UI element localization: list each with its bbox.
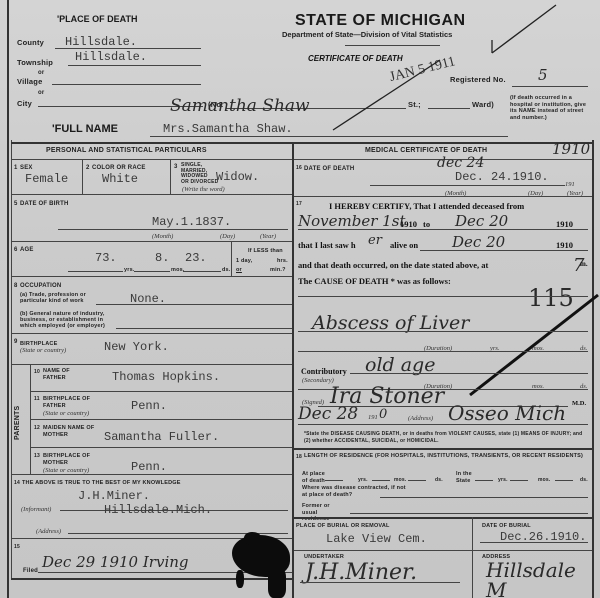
filed-label: Filed [23,567,38,575]
marital-note: (Write the word) [182,186,225,193]
dob-line [58,229,288,230]
row-rule [294,196,592,197]
marital-label: SINGLE, MARRIED, WIDOWED OR DIVORCED [181,163,218,185]
death-certificate-document: 'PLACE OF DEATH STATE OF MICHIGAN Depart… [0,0,600,598]
parents-label: PARENTS [14,406,22,440]
undertaker-address-value: Hillsdale M [486,560,586,598]
father-birthplace-label: BIRTHPLACE OF FATHER [43,396,103,409]
attended-line [298,229,588,230]
medical-section-title: MEDICAL CERTIFICATE OF DEATH [365,147,487,155]
residence-label: LENGTH OF RESIDENCE (FOR HOSPITALS, INST… [304,453,592,460]
last-saw-pronoun: er [368,233,382,248]
age-mos-unit: mos. [171,266,185,274]
field-number-1: 1 [14,164,18,172]
row-rule [294,517,592,519]
color-race-value: White [102,172,138,186]
cause-text: The CAUSE OF DEATH * was as follows: [298,276,451,286]
birthplace-value: New York. [104,340,169,354]
row-rule [294,550,592,551]
row-rule [11,364,292,365]
md-label: M.D. [572,400,586,407]
signed-address-label: (Address) [408,415,433,422]
birthplace-sub: (State or country) [20,347,66,354]
in-state-label: In the State [456,471,481,484]
contributory-line [350,373,588,374]
field-number-15: 15 [14,543,20,551]
occurred-m: m. [580,260,588,268]
father-birthplace-value: Penn. [131,399,167,413]
father-birthplace-sub: (State or country) [43,410,89,417]
field-number-8: 8 [14,282,18,290]
age-or: or [236,266,242,274]
age-less-than: If LESS than [248,247,283,255]
residence-line [372,480,390,481]
last-saw-line [420,250,588,251]
sex-label: SEX [20,164,33,172]
mother-name-value: Samantha Fuller. [104,430,219,444]
age-ds-line [183,271,221,272]
field-number-18: 18 [296,453,302,461]
occupation-label: OCCUPATION [20,282,61,290]
color-divider [170,159,171,194]
row-rule [30,419,292,420]
attended-to: Dec 20 [455,212,508,230]
at-place-yrs: yrs. [358,476,368,484]
signed-address-line [298,424,588,425]
date-of-death-hand: dec 24 [437,155,484,171]
dob-day-label: (Day) [220,233,235,240]
field-number-11: 11 [34,395,40,403]
signed-date: Dec 28 [298,404,358,424]
bottom-rule [11,578,292,580]
dob-value: May.1.1837. [152,215,231,229]
occupation-a-line [96,304,292,305]
personal-section-title: PERSONAL AND STATISTICAL PARTICULARS [46,147,207,155]
filed-value: Dec 29 1910 Irving [42,553,189,571]
secondary-label: (Secondary) [302,377,334,384]
field-number-5: 5 [14,200,18,208]
at-place-ds: ds. [435,476,443,484]
former-residence-label: Former or usual residence [302,503,342,523]
row-rule [11,333,292,334]
marital-value: Widow. [216,170,259,184]
year-corner: 1910 [552,140,590,158]
field-number-6: 6 [14,246,18,254]
field-number-14: 14 [14,479,20,487]
section-top-rule [11,142,594,144]
certify-text: I HEREBY CERTIFY, That I attended deceas… [329,201,524,211]
cause-line [298,331,588,332]
residence-line [555,480,573,481]
sex-value: Female [25,172,68,186]
ink-blot [244,532,262,546]
mother-birthplace-sub: (State or country) [43,467,89,474]
signed-year-prefix: 191 [368,414,378,421]
undertaker-line [300,582,460,583]
at-place-mos: mos. [394,476,406,484]
field-number-9: 9 [14,338,18,346]
residence-line [510,480,528,481]
occupation-a-label: (a) Trade, profession or particular kind… [20,292,98,304]
last-saw-year: 1910 [556,240,573,250]
informant-label: (Informant) [21,506,51,513]
field-number-12: 12 [34,424,40,432]
age-divider [231,241,232,276]
informant-value: J.H.Miner. [78,489,150,503]
ink-blot [268,568,286,598]
field-number-3: 3 [174,163,178,171]
father-name-label: NAME OF FATHER [43,368,83,381]
date-of-death-line [370,185,565,186]
contributory-label: Contributory [301,367,347,376]
former-residence-line [350,513,588,514]
mother-birthplace-value: Penn. [131,460,167,474]
signed-address-value: Osseo Mich [448,401,566,425]
row-rule [11,474,292,475]
row-rule [294,448,592,450]
age-1day: 1 day, [236,257,252,265]
dob-month-label: (Month) [152,233,173,240]
personal-title-rule [11,159,292,160]
field-number-10: 10 [34,368,40,376]
last-saw-date: Dec 20 [452,233,505,251]
date-of-death-value: Dec. 24.1910. [455,170,549,184]
age-ds-unit: ds. [222,266,231,274]
field-number-17: 17 [296,200,302,208]
in-state-yrs: yrs. [498,476,508,484]
residence-line [325,480,343,481]
mother-name-label: MAIDEN NAME OF MOTHER [43,425,103,438]
age-days: 23. [185,251,207,265]
cause-line [298,296,588,297]
age-months: 8. [155,251,169,265]
burial-divider [472,517,473,598]
footnote: *State the DISEASE CAUSING DEATH, or in … [304,431,590,444]
color-race-label: COLOR OR RACE [92,164,146,172]
occurred-text: and that death occurred, on the date sta… [298,260,488,270]
date-printed-year: 191 [565,181,575,188]
burial-place-label: PLACE OF BURIAL OR REMOVAL [296,522,390,530]
knowledge-label: THE ABOVE IS TRUE TO THE BEST OF MY KNOW… [22,479,181,487]
age-min: min.? [270,266,286,274]
cause-code: 115 [528,284,574,312]
row-rule [30,447,292,448]
at-place-label: At place of death [302,471,332,484]
row-rule [11,241,292,242]
burial-date-line [480,542,588,543]
last-saw-text: that I last saw h [298,240,356,250]
burial-date-label: DATE OF BURIAL [482,522,531,530]
attended-from-year: 1910 [400,219,417,229]
dob-year-label: (Year) [260,233,276,240]
signed-year-suffix: 0 [379,407,387,422]
age-yrs-line [68,271,123,272]
in-state-ds: ds. [580,476,588,484]
attended-from: November 1st [298,212,405,230]
residence-line [408,480,426,481]
to-label: to [423,219,430,229]
row-rule [11,194,292,195]
age-label: AGE [20,246,34,254]
contracted-line [380,497,588,498]
row-rule [11,276,292,277]
residence-line [475,480,493,481]
field-number-13: 13 [34,452,40,460]
occupation-b-label: (b) General nature of industry, business… [20,311,120,329]
attended-to-year: 1910 [556,219,573,229]
age-years: 73. [95,251,117,265]
marital-label-line: OR DIVORCED [181,180,218,186]
sex-divider [82,159,83,194]
age-hrs: hrs. [277,257,288,265]
cause-line [298,351,588,352]
informant-address-value: Hillsdale.Mich. [104,503,212,517]
ink-blot [236,570,244,588]
row-rule [30,391,292,392]
dob-label: DATE OF BIRTH [20,200,69,208]
field-number-2: 2 [86,164,90,172]
in-state-mos: mos. [538,476,550,484]
alive-on-text: alive on [390,240,418,250]
father-name-value: Thomas Hopkins. [112,370,220,384]
age-mos-line [134,271,170,272]
field-number-16: 16 [296,164,302,172]
mother-birthplace-label: BIRTHPLACE OF MOTHER [43,453,103,466]
occupation-b-line [116,328,292,329]
center-divider [292,142,294,598]
burial-place-value: Lake View Cem. [326,532,427,546]
informant-address-label: (Address) [36,528,61,535]
age-yrs-unit: yrs. [124,266,135,274]
date-of-death-label: DATE OF DEATH [304,165,354,173]
